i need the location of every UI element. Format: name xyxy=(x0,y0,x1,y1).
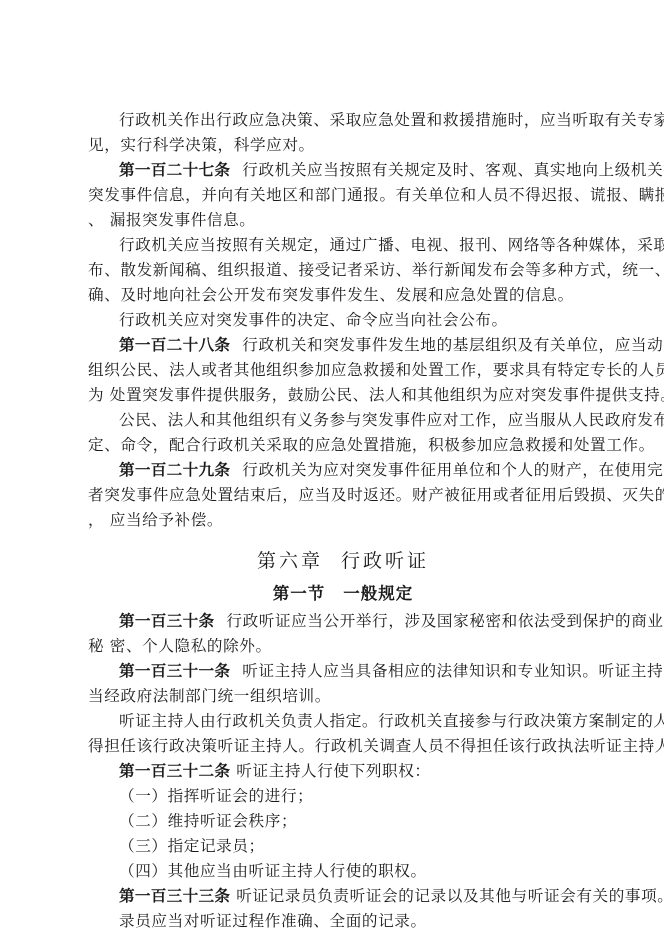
article-label: 第一百三十二条 xyxy=(119,762,230,780)
paragraph-line: 布、散发新闻稿、组织报道、接受记者采访、举行新闻发布会等多种方式，统一、 准 xyxy=(88,258,598,283)
paragraph-line: ， 应当给予补偿。 xyxy=(88,508,598,533)
paragraph-line: 行政机关作出行政应急决策、采取应急处置和救援措施时，应当听取有关专家的意 xyxy=(88,108,598,133)
article-label: 第一百三十一条 xyxy=(119,662,230,680)
paragraph-line: 突发事件信息，并向有关地区和部门通报。有关单位和人员不得迟报、谎报、瞒报 xyxy=(88,183,598,208)
article-127: 第一百二十七条行政机关应当按照有关规定及时、客观、真实地向上级机关报告 xyxy=(88,158,598,183)
paragraph-line: 听证主持人由行政机关负责人指定。行政机关直接参与行政决策方案制定的人员不 xyxy=(88,709,598,734)
article-130: 第一百三十条行政听证应当公开举行，涉及国家秘密和依法受到保护的商业 xyxy=(88,609,598,634)
paragraph-line: 组织公民、法人或者其他组织参加应急救援和处置工作，要求具有特定专长的人员 xyxy=(88,358,598,383)
article-133: 第一百三十三条听证记录员负责听证会的记录以及其他与听证会有关的事项。 记 xyxy=(88,884,598,909)
paragraph-line: 行政机关应对突发事件的决定、命令应当向社会公布。 xyxy=(88,308,598,333)
article-label: 第一百二十七条 xyxy=(119,161,230,179)
paragraph-line: 录员应当对听证过程作准确、全面的记录。 xyxy=(88,909,598,929)
document-page: 行政机关作出行政应急决策、采取应急处置和救援措施时，应当听取有关专家的意 见，实… xyxy=(88,108,598,929)
paragraph-line: 得担任该行政决策听证主持人。行政机关调查人员不得担任该行政执法听证主持人。 xyxy=(88,734,598,759)
list-item: （三）指定记录员； xyxy=(88,834,598,859)
article-label: 第一百三十条 xyxy=(119,612,214,630)
paragraph-line: 定、命令，配合行政机关采取的应急处置措施，积极参加应急救援和处置工作。 xyxy=(88,433,598,458)
chapter-heading: 第六章行政听证 xyxy=(88,543,598,579)
article-label: 第一百二十九条 xyxy=(119,461,230,479)
article-131: 第一百三十一条听证主持人应当具备相应的法律知识和专业知识。听证主持人应 xyxy=(88,659,598,684)
list-item: （二）维持听证会秩序； xyxy=(88,809,598,834)
article-129: 第一百二十九条行政机关为应对突发事件征用单位和个人的财产，在使用完毕或 xyxy=(88,458,598,483)
article-132: 第一百三十二条听证主持人行使下列职权： xyxy=(88,759,598,784)
article-label: 第一百二十八条 xyxy=(119,336,230,354)
paragraph-line: 见，实行科学决策，科学应对。 xyxy=(88,133,598,158)
section-heading: 第一节一般规定 xyxy=(88,579,598,609)
paragraph-line: 、 漏报突发事件信息。 xyxy=(88,208,598,233)
article-label: 第一百三十三条 xyxy=(119,887,230,905)
paragraph-line: 确、及时地向社会公开发布突发事件发生、发展和应急处置的信息。 xyxy=(88,283,598,308)
list-item: （一）指挥听证会的进行； xyxy=(88,784,598,809)
list-item: （四）其他应当由听证主持人行使的职权。 xyxy=(88,859,598,884)
article-128: 第一百二十八条行政机关和突发事件发生地的基层组织及有关单位，应当动员、 xyxy=(88,333,598,358)
paragraph-line: 秘 密、个人隐私的除外。 xyxy=(88,634,598,659)
paragraph-line: 行政机关应当按照有关规定，通过广播、电视、报刊、网络等各种媒体，采取授权 发 xyxy=(88,233,598,258)
paragraph-line: 公民、法人和其他组织有义务参与突发事件应对工作，应当服从人民政府发布的决 xyxy=(88,408,598,433)
paragraph-line: 当经政府法制部门统一组织培训。 xyxy=(88,684,598,709)
paragraph-line: 者突发事件应急处置结束后，应当及时返还。财产被征用或者征用后毁损、灭失的 xyxy=(88,483,598,508)
paragraph-line: 为 处置突发事件提供服务，鼓励公民、法人和其他组织为应对突发事件提供支持。 xyxy=(88,383,598,408)
